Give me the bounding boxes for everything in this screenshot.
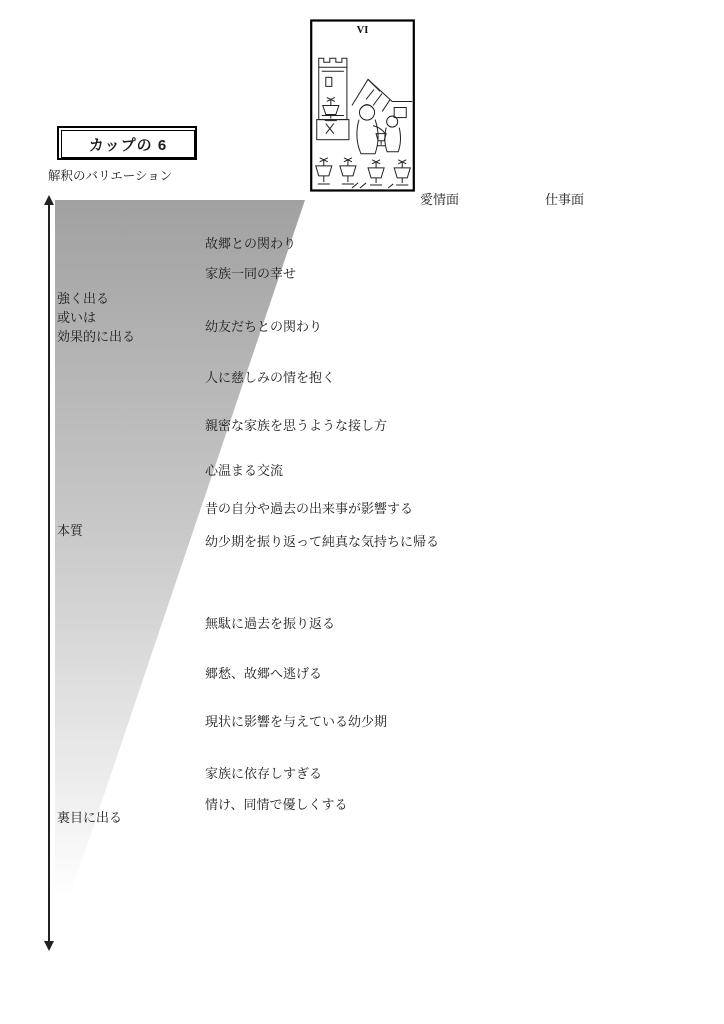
tarot-card-six-of-cups: VI <box>309 19 416 192</box>
column-header-love: 愛情面 <box>420 189 459 208</box>
subtitle: 解釈のバリエーション <box>48 166 172 184</box>
interpretation-item: 家族に依存しすぎる <box>205 763 322 782</box>
interpretation-item: 現状に影響を与えている幼少期 <box>205 711 387 730</box>
column-header-work: 仕事面 <box>545 189 584 208</box>
axis-label-strong-line3: 効果的に出る <box>57 327 135 346</box>
interpretation-item: 親密な家族を思うような接し方 <box>205 415 387 434</box>
interpretation-item: 人に慈しみの情を抱く <box>205 367 335 386</box>
card-numeral: VI <box>357 25 369 36</box>
page-title: カップの 6 <box>89 134 167 155</box>
axis-label-essence: 本質 <box>57 521 83 540</box>
interpretation-item: 幼少期を振り返って純真な気持ちに帰る <box>205 531 439 550</box>
interpretation-item: 無駄に過去を振り返る <box>205 613 335 632</box>
interpretation-item: 幼友だちとの関わり <box>205 316 322 335</box>
interpretation-item: 故郷との関わり <box>205 233 296 252</box>
axis-label-strong-line2: 或いは <box>57 308 135 327</box>
arrowhead-up <box>44 195 54 205</box>
axis-label-strong: 強く出る 或いは 効果的に出る <box>57 289 135 346</box>
arrowhead-down <box>44 941 54 951</box>
interpretation-item: 昔の自分や過去の出来事が影響する <box>205 498 413 517</box>
interpretation-item: 郷愁、故郷へ逃げる <box>205 663 322 682</box>
title-box: カップの 6 <box>57 126 197 160</box>
interpretation-item: 心温まる交流 <box>205 460 283 479</box>
interpretation-item: 情け、同情で優しくする <box>205 794 347 813</box>
interpretation-item: 家族一同の幸せ <box>205 263 296 282</box>
axis-label-strong-line1: 強く出る <box>57 289 135 308</box>
axis-label-backfire: 裏目に出る <box>57 808 122 827</box>
